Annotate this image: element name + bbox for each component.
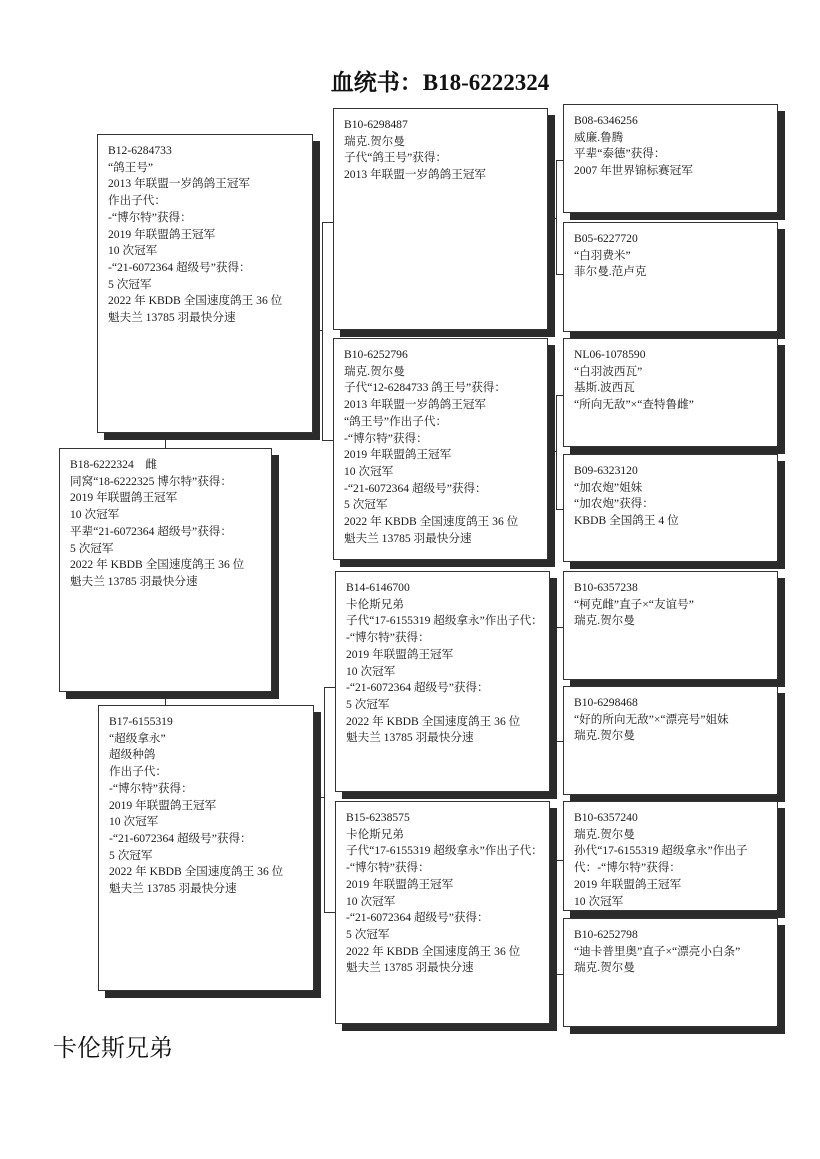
box-line: 2013 年联盟一岁鸽鸽王冠军: [344, 397, 547, 414]
box-line: -“21-6072364 超级号”获得：: [346, 680, 549, 697]
connector-g3-4-stub: [550, 915, 556, 916]
pedigree-box-gen4-7: B10-6357240 瑞克.贺尔曼 孙代“17-6155319 超级拿永”作出…: [563, 801, 778, 911]
ring-number: B10-6357238: [574, 580, 777, 597]
ring-number: B05-6227720: [574, 231, 777, 248]
box-line: 2019 年联盟鸽王冠军: [346, 647, 549, 664]
box-line: 5 次冠军: [346, 927, 549, 944]
box-line: 10 次冠军: [346, 894, 549, 911]
box-line: 10 次冠军: [346, 664, 549, 681]
box-line: -“博尔特”获得：: [346, 860, 549, 877]
box-line: 代：-“博尔特”获得：: [574, 860, 777, 877]
ring-number: B15-6238575: [346, 810, 549, 827]
box-line: “超级拿永”: [109, 731, 313, 748]
box-line: 魁夫兰 13785 羽最快分速: [344, 531, 547, 548]
box-line: “鸽王号”: [108, 160, 312, 177]
box-line: 5 次冠军: [108, 277, 312, 294]
box-line: 2022 年 KBDB 全国速度鸽王 36 位: [344, 514, 547, 531]
ring-number: B14-6146700: [346, 580, 549, 597]
box-line: 威廉.鲁腾: [574, 130, 777, 147]
box-line: 5 次冠军: [344, 497, 547, 514]
breeder-name: 卡伦斯兄弟: [53, 1028, 173, 1063]
ring-number: B18-6222324 雌: [70, 457, 271, 474]
box-line: “鸽王号”作出子代：: [344, 414, 547, 431]
box-line: “所向无敌”×“查特鲁雌”: [574, 397, 777, 414]
box-line: 基斯.波西瓦: [574, 380, 777, 397]
box-line: 卡伦斯兄弟: [346, 827, 549, 844]
ring-number: B10-6357240: [574, 810, 777, 827]
box-line: 魁夫兰 13785 羽最快分速: [109, 881, 313, 898]
box-line: 魁夫兰 13785 羽最快分速: [70, 574, 271, 591]
box-line: 5 次冠军: [346, 697, 549, 714]
pedigree-box-gen4-4: B09-6323120 “加农炮”姐妹 “加农炮”获得： KBDB 全国鸽王 4…: [563, 454, 778, 562]
pedigree-box-gen4-1: B08-6346256 威廉.鲁腾 平辈“泰德”获得： 2007 年世界锦标赛冠…: [563, 104, 778, 213]
box-line: “柯克雌”直子×“友谊号”: [574, 597, 777, 614]
box-line: 作出子代：: [108, 193, 312, 210]
pedigree-box-sire-dam: B10-6252796 瑞克.贺尔曼 子代“12-6284733 鸽王号”获得：…: [333, 338, 548, 560]
box-line: -“博尔特”获得：: [344, 431, 547, 448]
pedigree-box-dam: B17-6155319 “超级拿永” 超级种鸽 作出子代： -“博尔特”获得： …: [98, 705, 314, 991]
ring-number: B10-6298487: [344, 117, 547, 134]
page-title: 血统书：B18-6222324: [0, 64, 820, 97]
box-line: 瑞克.贺尔曼: [574, 960, 777, 977]
pedigree-box-gen4-5: B10-6357238 “柯克雌”直子×“友谊号” 瑞克.贺尔曼: [563, 571, 778, 680]
box-line: 2019 年联盟鸽王冠军: [346, 877, 549, 894]
box-line: 2013 年联盟一岁鸽鸽王冠军: [108, 176, 312, 193]
box-line: -“21-6072364 超级号”获得：: [109, 831, 313, 848]
box-line: 2022 年 KBDB 全国速度鸽王 36 位: [70, 557, 271, 574]
box-line: 2019 年联盟鸽王冠军: [70, 490, 271, 507]
pedigree-box-subject: B18-6222324 雌 同窝“18-6222325 博尔特”获得： 2019…: [59, 448, 272, 692]
box-line: “加农炮”姐妹: [574, 480, 777, 497]
box-line: 平辈“21-6072364 超级号”获得：: [70, 524, 271, 541]
pedigree-box-gen4-8: B10-6252798 “迪卡普里奥”直子×“漂亮小白条” 瑞克.贺尔曼: [563, 918, 778, 1027]
connector-subject-sire: [165, 433, 166, 448]
box-line: 魁夫兰 13785 羽最快分速: [346, 730, 549, 747]
box-line: 平辈“泰德”获得：: [574, 146, 777, 163]
ring-number: B10-6252796: [344, 347, 547, 364]
box-line: 5 次冠军: [109, 848, 313, 865]
box-line: “加农炮”获得：: [574, 496, 777, 513]
box-line: “好的所向无敌”×“漂亮号”姐妹: [574, 712, 777, 729]
ring-number: B08-6346256: [574, 113, 777, 130]
connector-subject-dam: [165, 692, 166, 705]
connector-g3-2-stub: [548, 451, 556, 452]
ring-number: B12-6284733: [108, 143, 312, 160]
box-line: 子代“鸽王号”获得：: [344, 150, 547, 167]
box-line: 2013 年联盟一岁鸽鸽王冠军: [344, 167, 547, 184]
box-line: 10 次冠军: [108, 243, 312, 260]
connector-sire-stub: [313, 330, 322, 331]
pedigree-box-gen4-6: B10-6298468 “好的所向无敌”×“漂亮号”姐妹 瑞克.贺尔曼: [563, 686, 778, 795]
pedigree-box-dam-sire: B14-6146700 卡伦斯兄弟 子代“17-6155319 超级拿永”作出子…: [335, 571, 550, 792]
box-line: 卡伦斯兄弟: [346, 597, 549, 614]
box-line: KBDB 全国鸽王 4 位: [574, 513, 777, 530]
connector-g3-3-stub: [550, 683, 556, 684]
box-line: 同窝“18-6222325 博尔特”获得：: [70, 474, 271, 491]
box-line: 10 次冠军: [70, 507, 271, 524]
box-line: 瑞克.贺尔曼: [574, 827, 777, 844]
box-line: 2022 年 KBDB 全国速度鸽王 36 位: [109, 864, 313, 881]
box-line: 菲尔曼.范卢克: [574, 264, 777, 281]
box-line: “迪卡普里奥”直子×“漂亮小白条”: [574, 944, 777, 961]
pedigree-box-sire: B12-6284733 “鸽王号” 2013 年联盟一岁鸽鸽王冠军 作出子代： …: [97, 134, 313, 433]
box-line: 魁夫兰 13785 羽最快分速: [108, 310, 312, 327]
box-line: 瑞克.贺尔曼: [574, 728, 777, 745]
ring-number: NL06-1078590: [574, 347, 777, 364]
box-line: 2019 年联盟鸽王冠军: [108, 227, 312, 244]
ring-number: B10-6252798: [574, 927, 777, 944]
connector-dam-stub: [314, 797, 324, 798]
box-line: 10 次冠军: [574, 894, 777, 911]
box-line: 子代“12-6284733 鸽王号”获得：: [344, 380, 547, 397]
box-line: “白羽费米”: [574, 248, 777, 265]
box-line: -“21-6072364 超级号”获得：: [344, 481, 547, 498]
box-line: 10 次冠军: [109, 814, 313, 831]
box-line: 子代“17-6155319 超级拿永”作出子代：: [346, 843, 549, 860]
pedigree-box-dam-dam: B15-6238575 卡伦斯兄弟 子代“17-6155319 超级拿永”作出子…: [335, 801, 550, 1024]
ring-number: B10-6298468: [574, 695, 777, 712]
box-line: 2019 年联盟鸽王冠军: [574, 877, 777, 894]
box-line: 2022 年 KBDB 全国速度鸽王 36 位: [108, 293, 312, 310]
box-line: -“博尔特”获得：: [108, 210, 312, 227]
pedigree-box-gen4-3: NL06-1078590 “白羽波西瓦” 基斯.波西瓦 “所向无敌”×“查特鲁雌…: [563, 338, 778, 447]
box-line: 2022 年 KBDB 全国速度鸽王 36 位: [346, 944, 549, 961]
box-line: 5 次冠军: [70, 541, 271, 558]
box-line: 子代“17-6155319 超级拿永”作出子代：: [346, 613, 549, 630]
connector-g3-1-stub: [548, 218, 556, 219]
box-line: -“21-6072364 超级号”获得：: [346, 910, 549, 927]
box-line: 10 次冠军: [344, 464, 547, 481]
box-line: “白羽波西瓦”: [574, 364, 777, 381]
box-line: -“21-6072364 超级号”获得：: [108, 260, 312, 277]
box-line: 超级种鸽: [109, 747, 313, 764]
box-line: 2022 年 KBDB 全国速度鸽王 36 位: [346, 714, 549, 731]
box-line: 瑞克.贺尔曼: [344, 364, 547, 381]
box-line: 作出子代：: [109, 764, 313, 781]
box-line: 2019 年联盟鸽王冠军: [109, 798, 313, 815]
ring-number: B17-6155319: [109, 714, 313, 731]
box-line: 2019 年联盟鸽王冠军: [344, 447, 547, 464]
box-line: 魁夫兰 13785 羽最快分速: [346, 960, 549, 977]
ring-number: B09-6323120: [574, 463, 777, 480]
pedigree-box-sire-sire: B10-6298487 瑞克.贺尔曼 子代“鸽王号”获得： 2013 年联盟一岁…: [333, 108, 548, 330]
box-line: -“博尔特”获得：: [346, 630, 549, 647]
box-line: 瑞克.贺尔曼: [574, 613, 777, 630]
pedigree-box-gen4-2: B05-6227720 “白羽费米” 菲尔曼.范卢克: [563, 222, 778, 332]
box-line: 瑞克.贺尔曼: [344, 134, 547, 151]
box-line: 孙代“17-6155319 超级拿永”作出子: [574, 843, 777, 860]
box-line: 2007 年世界锦标赛冠军: [574, 163, 777, 180]
box-line: -“博尔特”获得：: [109, 781, 313, 798]
